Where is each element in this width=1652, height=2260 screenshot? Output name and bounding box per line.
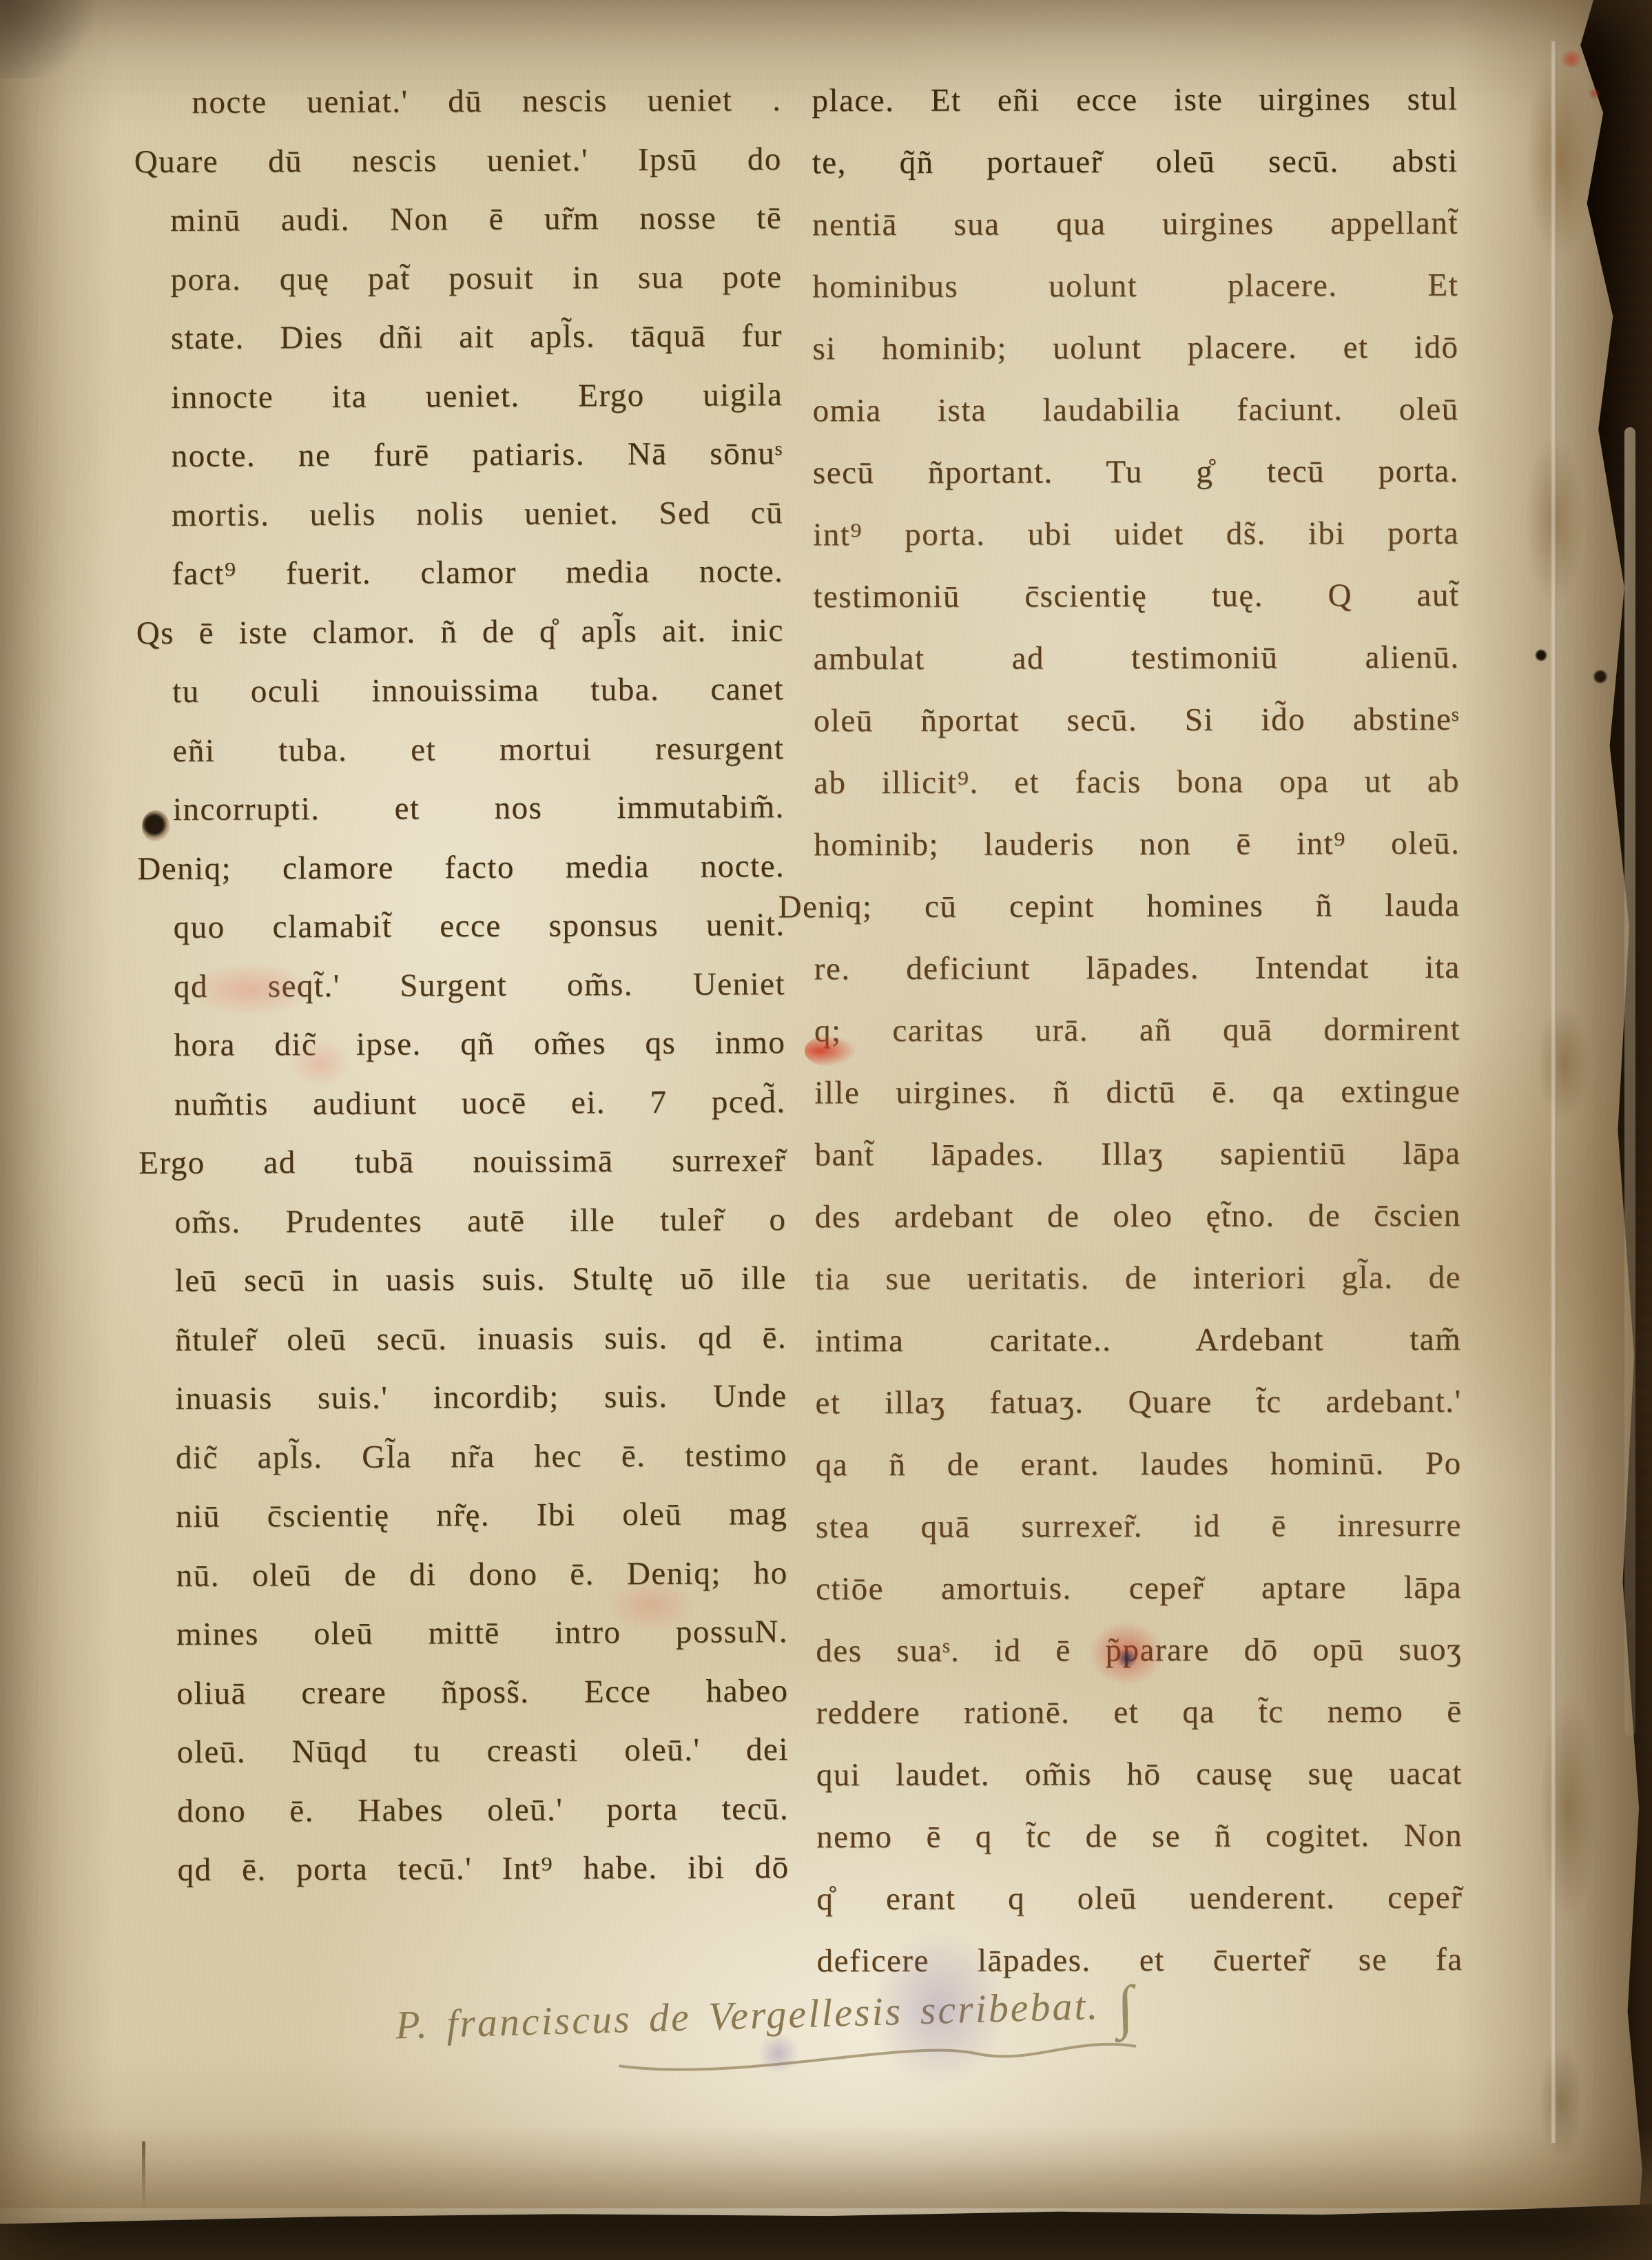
manuscript-text-line: Ergo ad tubā nouissimā surrexer̃ xyxy=(138,1131,786,1193)
manuscript-text-line: nocte ueniat.' dū nescis ueniet . xyxy=(192,71,781,132)
manuscript-text-line: Qs ē iste clamor. ñ de q̊ apl̃s ait. ini… xyxy=(136,602,784,664)
manuscript-text-line: Deniq; cū cepint homines ñ lauda xyxy=(778,874,1460,938)
corner-smudge-stain xyxy=(0,0,110,79)
manuscript-text-line: hora dic̃ ipse. qñ om̃es qs inmo xyxy=(174,1014,785,1075)
manuscript-text-line: des ardebant de oleo ęt̃no. de c̄scien xyxy=(815,1184,1461,1248)
manuscript-text-line: num̃tis audiunt uocē ei. 7 pced̃. xyxy=(174,1073,786,1134)
manuscript-text-line: state. Dies dñi ait apl̃s. tāquā fur xyxy=(171,307,783,368)
manuscript-text-line: ille uirgines. ñ dictū ē. qa extingue xyxy=(814,1060,1460,1124)
manuscript-text-line: reddere rationē. et qa t̃c nemo ē xyxy=(816,1681,1462,1744)
manuscript-text-line: oliuā creare ñposs̃. Ecce habeo xyxy=(176,1662,788,1723)
manuscript-text-line: tia sue ueritatis. de interiori gl̃a. de xyxy=(815,1246,1461,1310)
manuscript-text-line: nocte. ne furē patiaris. Nā sōnuˢ xyxy=(171,424,783,486)
page-bottom-shadow xyxy=(0,2126,1652,2208)
book-bottom-edge xyxy=(0,2198,1652,2260)
worm-hole xyxy=(1593,670,1608,684)
manuscript-text-line: ambulat ad testimoniū alienū. xyxy=(813,626,1459,690)
book-spine-binding xyxy=(1571,0,1652,2260)
manuscript-text-line: inuasis suis.' incordib; suis. Unde xyxy=(175,1367,787,1428)
manuscript-text-line: hominibus uolunt placere. Et xyxy=(812,254,1458,318)
page-edge-highlight xyxy=(1624,427,1635,1736)
manuscript-text-line: innocte ita ueniet. Ergo uigila xyxy=(171,366,783,427)
vertical-crease xyxy=(1550,41,1557,2143)
manuscript-text-line: pora. quę pat̃ posuit in sua pote xyxy=(170,248,782,309)
gutter-water-stains xyxy=(1487,0,1611,2260)
manuscript-text-line: si hominib; uolunt placere. et idō xyxy=(812,316,1458,380)
manuscript-text-line: ñtuler̃ oleū secū. inuasis suis. qd ē. xyxy=(175,1308,787,1370)
manuscript-text-line: bant̃ lāpades. Illaʒ sapientiū lāpa xyxy=(814,1122,1460,1186)
manuscript-text-line: int⁹ porta. ubi uidet ds̃. ibi porta xyxy=(813,502,1459,566)
manuscript-text-line: et illaʒ fatuaʒ. Quare t̃c ardebant.' xyxy=(815,1370,1461,1434)
manuscript-text-line: dono ē. Habes oleū.' porta tecū. xyxy=(177,1780,789,1841)
manuscript-text-line: mines oleū mittē intro possuN. xyxy=(176,1603,788,1664)
manuscript-text-line: niū c̄scientię nr̃ę. Ibi oleū mag xyxy=(176,1485,787,1546)
manuscript-text-line: hominib; lauderis non ē int⁹ oleū. xyxy=(814,812,1460,876)
manuscript-text-line: oleū ñportat secū. Si id̃o abstineˢ xyxy=(814,688,1460,752)
manuscript-text-line: des suaˢ. id ē p̃parare dō opū suoʒ xyxy=(816,1619,1462,1682)
manuscript-text-line: qd ē. porta tecū.' Int⁹ habe. ibi dō xyxy=(177,1838,789,1900)
manuscript-text-line: nemo ē q t̃c de se ñ cogitet. Non xyxy=(816,1805,1463,1868)
manuscript-text-line: minū audi. Non ē ur̃m nosse tē xyxy=(170,189,782,250)
manuscript-text-line: qui laudet. om̃is hō causę suę uacat xyxy=(816,1743,1463,1806)
manuscript-text-line: eñi tuba. et mortui resurgent xyxy=(172,719,784,781)
text-column-left: nocte ueniat.' dū nescis ueniet .Quare d… xyxy=(169,71,789,1900)
red-ink-stain xyxy=(1558,51,1584,68)
manuscript-text-line: om̃s. Prudentes autē ille tuler̃ o xyxy=(174,1191,786,1252)
manuscript-text-line: qd seqt̃.' Surgent om̃s. Ueniet xyxy=(174,955,785,1016)
manuscript-text-line: testimoniū c̄scientię tuę. Q aut̃ xyxy=(813,564,1459,628)
manuscript-text-line: q̊ erant q oleū uenderent. ceper̃ xyxy=(816,1867,1463,1930)
manuscript-text-line: nentiā sua qua uirgines appellant̃ xyxy=(812,192,1458,256)
parchment-crack xyxy=(142,2141,145,2210)
manuscript-text-line: Deniq; clamore facto media nocte. xyxy=(137,837,785,899)
manuscript-page: nocte ueniat.' dū nescis ueniet .Quare d… xyxy=(0,0,1652,2260)
manuscript-text-line: mortis. uelis nolis ueniet. Sed cū xyxy=(172,484,783,545)
manuscript-text-line: te, q̃ñ portauer̃ oleū secū. absti xyxy=(812,130,1458,194)
manuscript-text-line: re. deficiunt lāpades. Intendat ita xyxy=(814,936,1460,1000)
manuscript-text-line: nū. oleū de di dono ē. Deniq; ho xyxy=(176,1544,788,1605)
manuscript-text-line: stea quā surrexer̃. id ē inresurre xyxy=(816,1494,1462,1558)
manuscript-text-line: quo clamabit̃ ecce sponsus uenit. xyxy=(173,896,785,957)
manuscript-text-line: incorrupti. et nos immutabim̃. xyxy=(173,778,785,839)
manuscript-text-line: q; caritas urā. añ quā dormirent xyxy=(814,998,1460,1062)
manuscript-text-line: fact⁹ fuerit. clamor media nocte. xyxy=(172,542,783,604)
manuscript-text-line: ab illicit⁹. et facis bona opa ut ab xyxy=(814,750,1460,814)
manuscript-text-line: omia ista laudabilia faciunt. oleū xyxy=(813,378,1459,442)
manuscript-text-line: dic̃ apl̃s. Gl̃a nr̃a hec ē. testimo xyxy=(176,1426,787,1488)
manuscript-text-line: secū ñportant. Tu g̊ tecū porta. xyxy=(813,440,1459,504)
manuscript-text-line: place. Et eñi ecce iste uirgines stul xyxy=(812,68,1458,132)
manuscript-text-line: qa ñ de erant. laudes hominū. Po xyxy=(816,1432,1462,1496)
manuscript-text-line: leū secū in uasis suis. Stultę uō ille xyxy=(175,1249,787,1311)
parchment-hole xyxy=(142,810,169,842)
worm-hole xyxy=(1535,649,1547,661)
manuscript-text-line: tu oculi innouissima tuba. canet xyxy=(172,660,784,721)
scribe-signature: P. franciscus de Vergellesis scribebat. … xyxy=(395,1965,1362,2109)
text-column-right: place. Et eñi ecce iste uirgines stulte,… xyxy=(812,68,1463,1992)
manuscript-text-line: ctiōe amortuis. ceper̃ aptare lāpa xyxy=(816,1557,1462,1620)
manuscript-text-line: Quare dū nescis ueniet.' Ipsū do xyxy=(134,130,782,192)
manuscript-text-line: intima caritate.. Ardebant tam̃ xyxy=(815,1308,1461,1372)
manuscript-text-line: oleū. Nūqd tu creasti oleū.' dei xyxy=(177,1720,789,1782)
